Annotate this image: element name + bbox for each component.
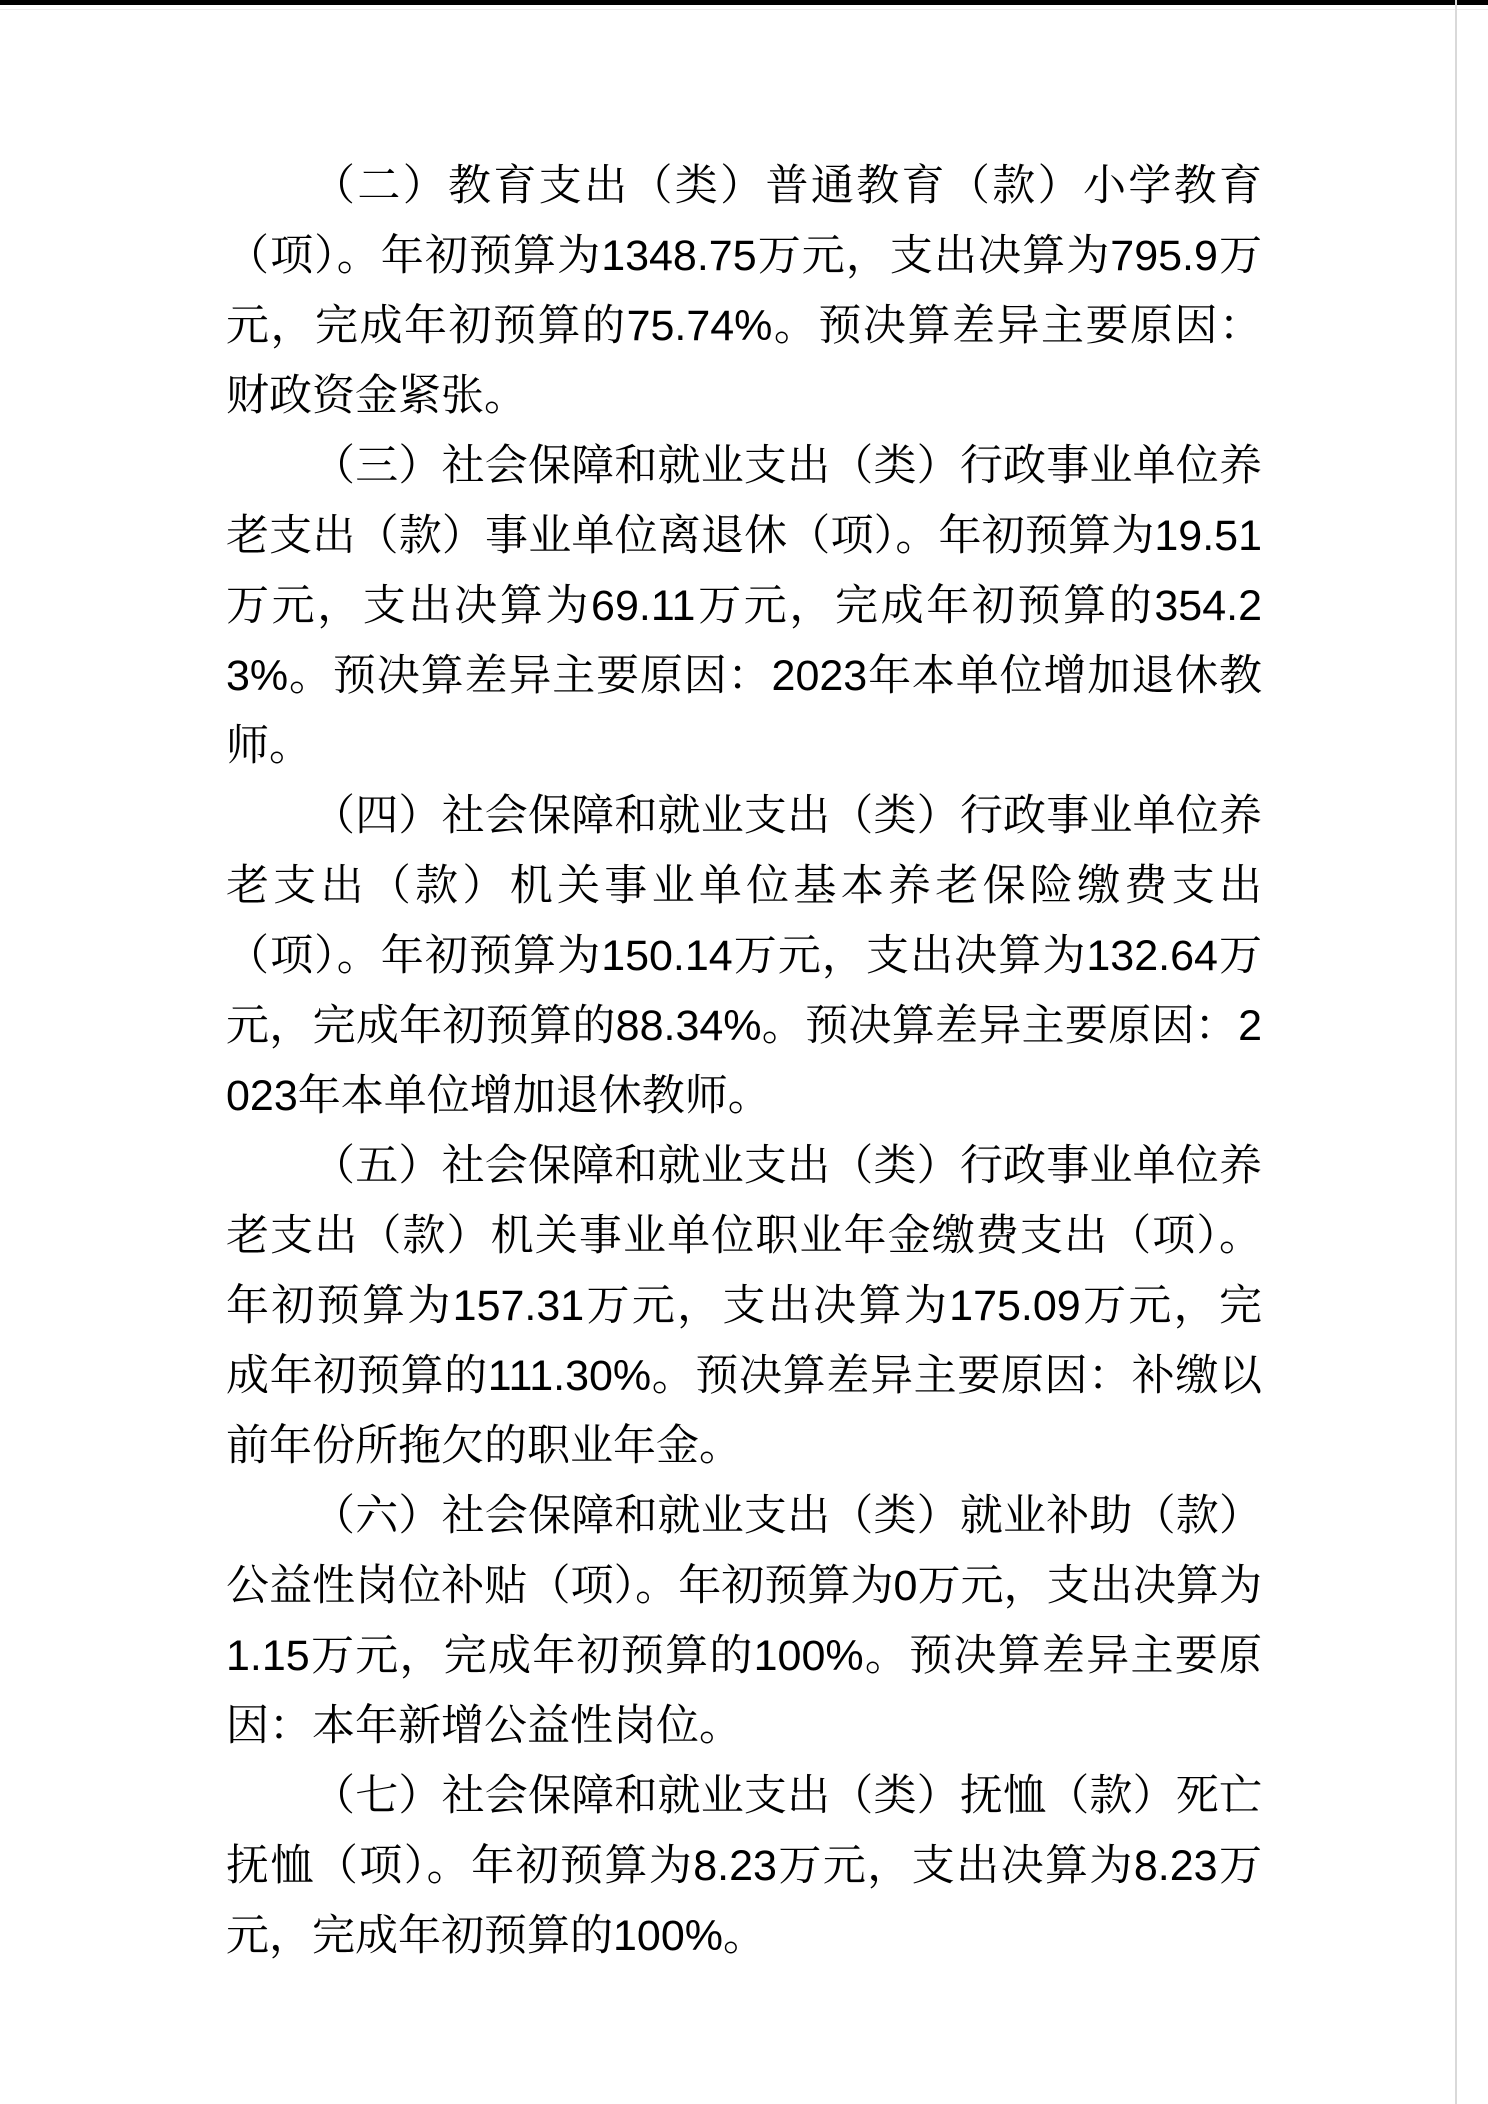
paragraph-budget-item-3: （三）社会保障和就业支出（类）行政事业单位养老支出（款）事业单位离退休（项）。年… (226, 431, 1262, 781)
paragraph-budget-item-7: （七）社会保障和就业支出（类）抚恤（款）死亡抚恤（项）。年初预算为8.23万元，… (226, 1761, 1262, 1971)
paragraph-budget-item-6: （六）社会保障和就业支出（类）就业补助（款）公益性岗位补贴（项）。年初预算为0万… (226, 1481, 1262, 1761)
page-top-edge (0, 0, 1488, 5)
document-page: （二）教育支出（类）普通教育（款）小学教育（项）。年初预算为1348.75万元，… (0, 0, 1488, 2104)
paragraph-budget-item-4: （四）社会保障和就业支出（类）行政事业单位养老支出（款）机关事业单位基本养老保险… (226, 781, 1262, 1131)
document-body: （二）教育支出（类）普通教育（款）小学教育（项）。年初预算为1348.75万元，… (226, 151, 1262, 1971)
page-right-edge-line (1455, 0, 1457, 2104)
page-top-edge-shadow (0, 9, 1488, 10)
paragraph-budget-item-2: （二）教育支出（类）普通教育（款）小学教育（项）。年初预算为1348.75万元，… (226, 151, 1262, 431)
paragraph-budget-item-5: （五）社会保障和就业支出（类）行政事业单位养老支出（款）机关事业单位职业年金缴费… (226, 1131, 1262, 1481)
